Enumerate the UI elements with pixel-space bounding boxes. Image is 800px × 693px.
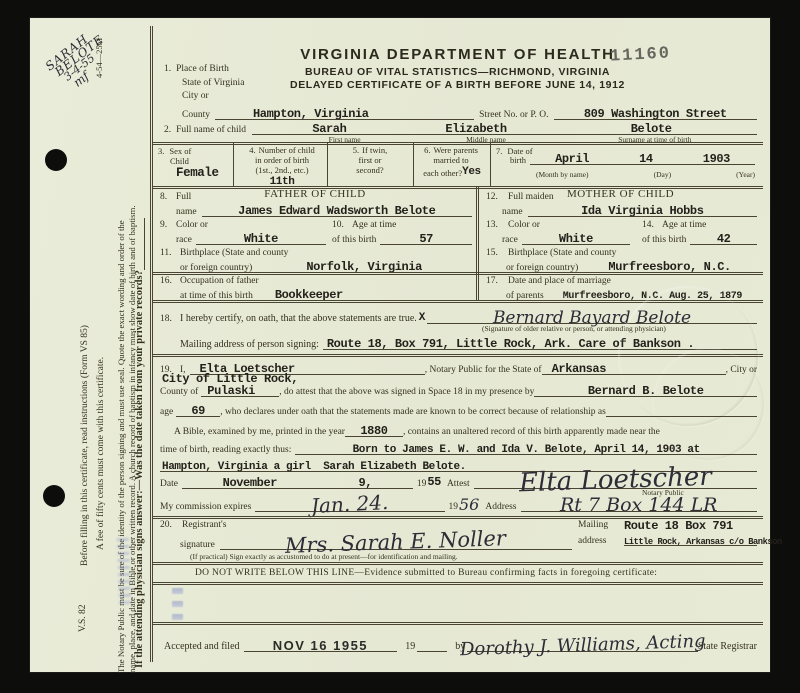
screenshot-root: { "colors":{"paper":"#e7ead5","ink_print…: [0, 0, 800, 693]
birthdate-line: April 14 1903: [530, 150, 755, 165]
rule: [152, 582, 763, 585]
form-code: V.S. 82: [78, 604, 88, 632]
punch-hole: [45, 149, 67, 171]
registrant-signature-line: Mrs. Sarah E. Noller: [220, 531, 572, 550]
center-divider: [476, 272, 479, 300]
occupation-line: Bookkeeper: [257, 286, 472, 301]
commission-date-line: Jan. 24.: [255, 494, 444, 512]
mother-age-line: 42: [690, 230, 757, 245]
divider: [327, 142, 328, 186]
bureau-subtitle: BUREAU OF VITAL STATISTICS—RICHMOND, VIR…: [152, 66, 763, 78]
divider: [413, 142, 414, 186]
field-full-name-of-child: 2. Full name of child Sarah Elizabeth Be…: [164, 119, 757, 135]
father-age-line: 57: [380, 230, 472, 245]
witness-line: Bernard B. Belote: [534, 382, 757, 397]
divider: [490, 142, 491, 186]
father-name-line: James Edward Wadsworth Belote: [202, 202, 472, 217]
field-notary-date-attest: Date November 9, 19 55 Attest Elta Loets…: [160, 473, 757, 489]
field-commission-expires: My commission expires Jan. 24. 19 56 Add…: [160, 496, 757, 512]
divider: [233, 142, 234, 186]
margin-instruction-1: Before filling in this certificate, read…: [80, 325, 90, 566]
year-blank-line: [417, 651, 447, 652]
certificate-number-stamp: 11160: [610, 44, 672, 66]
surname-line: Belote: [545, 120, 757, 135]
father-section-header: FATHER OF CHILD: [152, 188, 478, 200]
faint-blue-stamp-residue: [117, 538, 131, 604]
mother-name-line: Ida Virginia Hobbs: [528, 202, 757, 217]
city-or-label: City or: [182, 91, 209, 101]
margin-instruction-4: If the attending physician signs answer:…: [134, 218, 145, 668]
county-street-row: County Hampton, Virginia Street No. or P…: [182, 104, 757, 120]
field-declarant-age: age 69 , who declares under oath that th…: [160, 402, 757, 417]
first-name-line: Sarah: [252, 120, 407, 135]
relationship-blank-line: [606, 416, 757, 417]
state-of-virginia-label: State of Virginia: [182, 78, 244, 88]
mother-birthplace-line: Murfreesboro, N.C.: [582, 258, 757, 273]
field-bible-record: time of birth, reading exactly thus: Bor…: [160, 440, 757, 455]
filed-date-line: NOV 16 1955: [244, 636, 398, 652]
field-accepted-filed: Accepted and filed NOV 16 1955 19 by Dor…: [164, 634, 757, 652]
field-notary-county-witness: County of Pulaski , do attest that the a…: [160, 382, 757, 397]
notary-date-line: November 9,: [182, 474, 413, 489]
margin-instruction-2: A fee of fifty cents must come with this…: [96, 357, 106, 550]
print-run-code: 4-54—25M: [94, 38, 104, 78]
father-race-line: White: [196, 230, 326, 245]
punch-hole: [43, 485, 65, 507]
father-birthplace-line: Norfolk, Virginia: [256, 258, 472, 273]
blank-answer-line: [144, 218, 145, 270]
field-place-of-birth: 1. Place of Birth: [164, 64, 229, 74]
street-value-line: 809 Washington Street: [554, 105, 757, 120]
rule: [152, 622, 763, 625]
handwritten-index-note: SARAH BELOTE 3-4-55 mf: [44, 26, 118, 96]
county-line: Pulaski: [201, 382, 279, 397]
field-bible-year: A Bible, examined by me, printed in the …: [174, 422, 757, 437]
bible-year-line: 1880: [345, 422, 403, 437]
rule: [152, 272, 763, 275]
certificate-card: SARAH BELOTE 3-4-55 mf 4-54—25M Before f…: [30, 18, 770, 672]
registrar-signature-line: Dorothy J. Williams, Acting: [467, 636, 698, 652]
middle-name-line: Elizabeth: [407, 120, 545, 135]
registrant-mailing-line: Little Rock, Arkansas c/o Bankson: [624, 535, 757, 546]
notary-state-line: Arkansas: [542, 360, 726, 375]
attest-signature-line: Elta Loetscher: [474, 466, 757, 489]
notary-address-line: Rt 7 Box 144 LR: [521, 495, 758, 512]
do-not-write-header: DO NOT WRITE BELOW THIS LINE—Evidence su…: [195, 568, 657, 578]
mother-race-line: White: [522, 230, 630, 245]
form-left-border: [150, 26, 153, 662]
age-line: 69: [176, 402, 220, 417]
record-line-1: Born to James E. W. and Ida V. Belote, A…: [295, 442, 757, 455]
rule: [152, 562, 763, 565]
county-value-line: Hampton, Virginia: [215, 105, 474, 120]
